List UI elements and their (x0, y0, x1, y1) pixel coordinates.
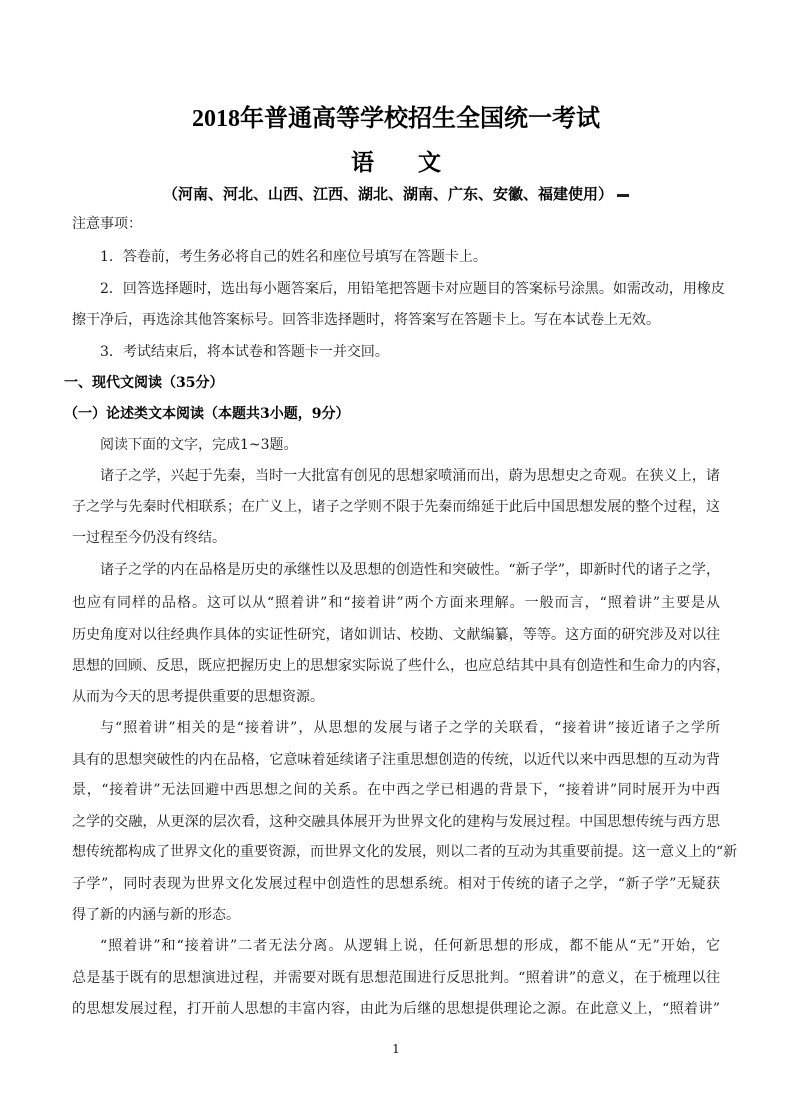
notice-item-2-line-1: 2．回答选择题时，选出每小题答案后，用铅笔把答题卡对应题目的答案标号涂黑。如需改… (72, 280, 720, 298)
passage-line: 景，“接着讲”无法回避中西思想之间的关系。在中西之学已相遇的背景下，“接着讲”同… (72, 781, 720, 799)
passage-line: 一过程至今仍没有终结。 (72, 529, 720, 547)
subject-title: 语文 (0, 144, 792, 177)
passage-line: 子学”，同时表现为世界文化发展过程中创造性的思想系统。相对于传统的诸子之学，“新… (72, 875, 720, 893)
passage-line: 也应有同样的品格。这可以从“照着讲”和“接着讲”两个方面来理解。一般而言，“照着… (72, 594, 720, 612)
passage-line: 诸子之学，兴起于先秦，当时一大批富有创见的思想家喷涌而出，蔚为思想史之奇观。在狭… (72, 467, 720, 485)
passage-line: 历史角度对以往经典作具体的实证性研究，诸如训诂、校勘、文献编纂，等等。这方面的研… (72, 626, 720, 644)
passage-line: 得了新的内涵与新的形态。 (72, 906, 720, 924)
notice-item-3: 3．考试结束后，将本试卷和答题卡一并交回。 (72, 343, 720, 361)
exam-title: 2018年普通高等学校招生全国统一考试 (0, 98, 792, 133)
regions-note: （河南、河北、山西、江西、湖北、湖南、广东、安徽、福建使用） (0, 183, 792, 204)
passage-line: 思想的回顾、反思，既应把握历史上的思想家实际说了些什么，也应总结其中具有创造性和… (72, 657, 720, 675)
subject-left: 语 (351, 149, 374, 176)
section-heading: 一、现代文阅读（35分） (64, 374, 712, 392)
passage-line: 之学的交融，从更深的层次看，这种交融具体展开为世界文化的建构与发展过程。中国思想… (72, 813, 720, 831)
page-number: 1 (0, 1042, 792, 1056)
notice-item-2-line-2: 擦干净后，再选涂其他答案标号。回答非选择题时，将答案写在答题卡上。写在本试卷上无… (72, 311, 720, 329)
passage-line: 想传统都构成了世界文化的重要资源，而世界文化的发展，则以二者的互动为其重要前提。… (72, 843, 720, 861)
passage-line: 诸子之学的内在品格是历史的承继性以及思想的创造性和突破性。“新子学”，即新时代的… (72, 561, 720, 579)
passage-line: 的思想发展过程，打开前人思想的丰富内容，由此为后继的思想提供理论之源。在此意义上… (72, 1000, 720, 1018)
passage-line: 具有的思想突破性的内在品格，它意味着延续诸子注重思想创造的传统，以近代以来中西思… (72, 751, 720, 769)
passage-line: 总是基于既有的思想演进过程，并需要对既有思想范围进行反思批判。“照着讲”的意义，… (72, 969, 720, 987)
passage-line: “照着讲”和“接着讲”二者无法分离。从逻辑上说，任何新思想的形成，都不能从“无”… (72, 937, 720, 955)
notice-heading: 注意事项： (72, 215, 720, 233)
passage-line: 与“照着讲”相关的是“接着讲”，从思想的发展与诸子之学的关联看，“接着讲”接近诸… (72, 719, 720, 737)
passage-line: 从而为今天的思考提供重要的思想资源。 (72, 688, 720, 706)
reading-instruction: 阅读下面的文字，完成1~3题。 (72, 436, 720, 454)
regions-text: （河南、河北、山西、江西、湖北、湖南、广东、安徽、福建使用） (163, 185, 613, 203)
exam-page: 2018年普通高等学校招生全国统一考试 语文 （河南、河北、山西、江西、湖北、湖… (0, 0, 792, 1120)
passage-line: 子之学与先秦时代相联系；在广义上，诸子之学则不限于先秦而绵延于此后中国思想发展的… (72, 498, 720, 516)
notice-item-1: 1．答卷前，考生务必将自己的姓名和座位号填写在答题卡上。 (72, 248, 720, 266)
subsection-heading: （一）论述类文本阅读（本题共3小题，9分） (64, 405, 712, 423)
subject-right: 文 (418, 149, 441, 176)
dash-mark-icon (617, 194, 629, 197)
